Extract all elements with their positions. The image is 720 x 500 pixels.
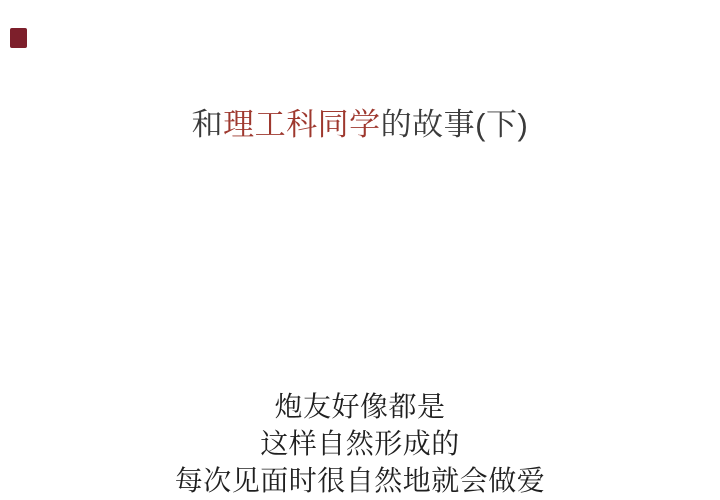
caption-line-1: 炮友好像都是 [0,388,720,425]
page-background: 和理工科同学的故事(下) 炮友好像都是 这样自然形成的 每次见面时很自然地就会做… [0,0,720,500]
page-title-highlight: 理工科同学 [223,107,381,142]
page-title-prefix: 和 [192,107,224,142]
corner-marker [10,28,27,48]
caption-line-3: 每次见面时很自然地就会做爱 [0,462,720,499]
page-title-suffix: 的故事(下) [381,107,529,142]
caption-block: 炮友好像都是 这样自然形成的 每次见面时很自然地就会做爱 [0,388,720,499]
page-title: 和理工科同学的故事(下) [0,106,720,144]
caption-line-2: 这样自然形成的 [0,425,720,462]
